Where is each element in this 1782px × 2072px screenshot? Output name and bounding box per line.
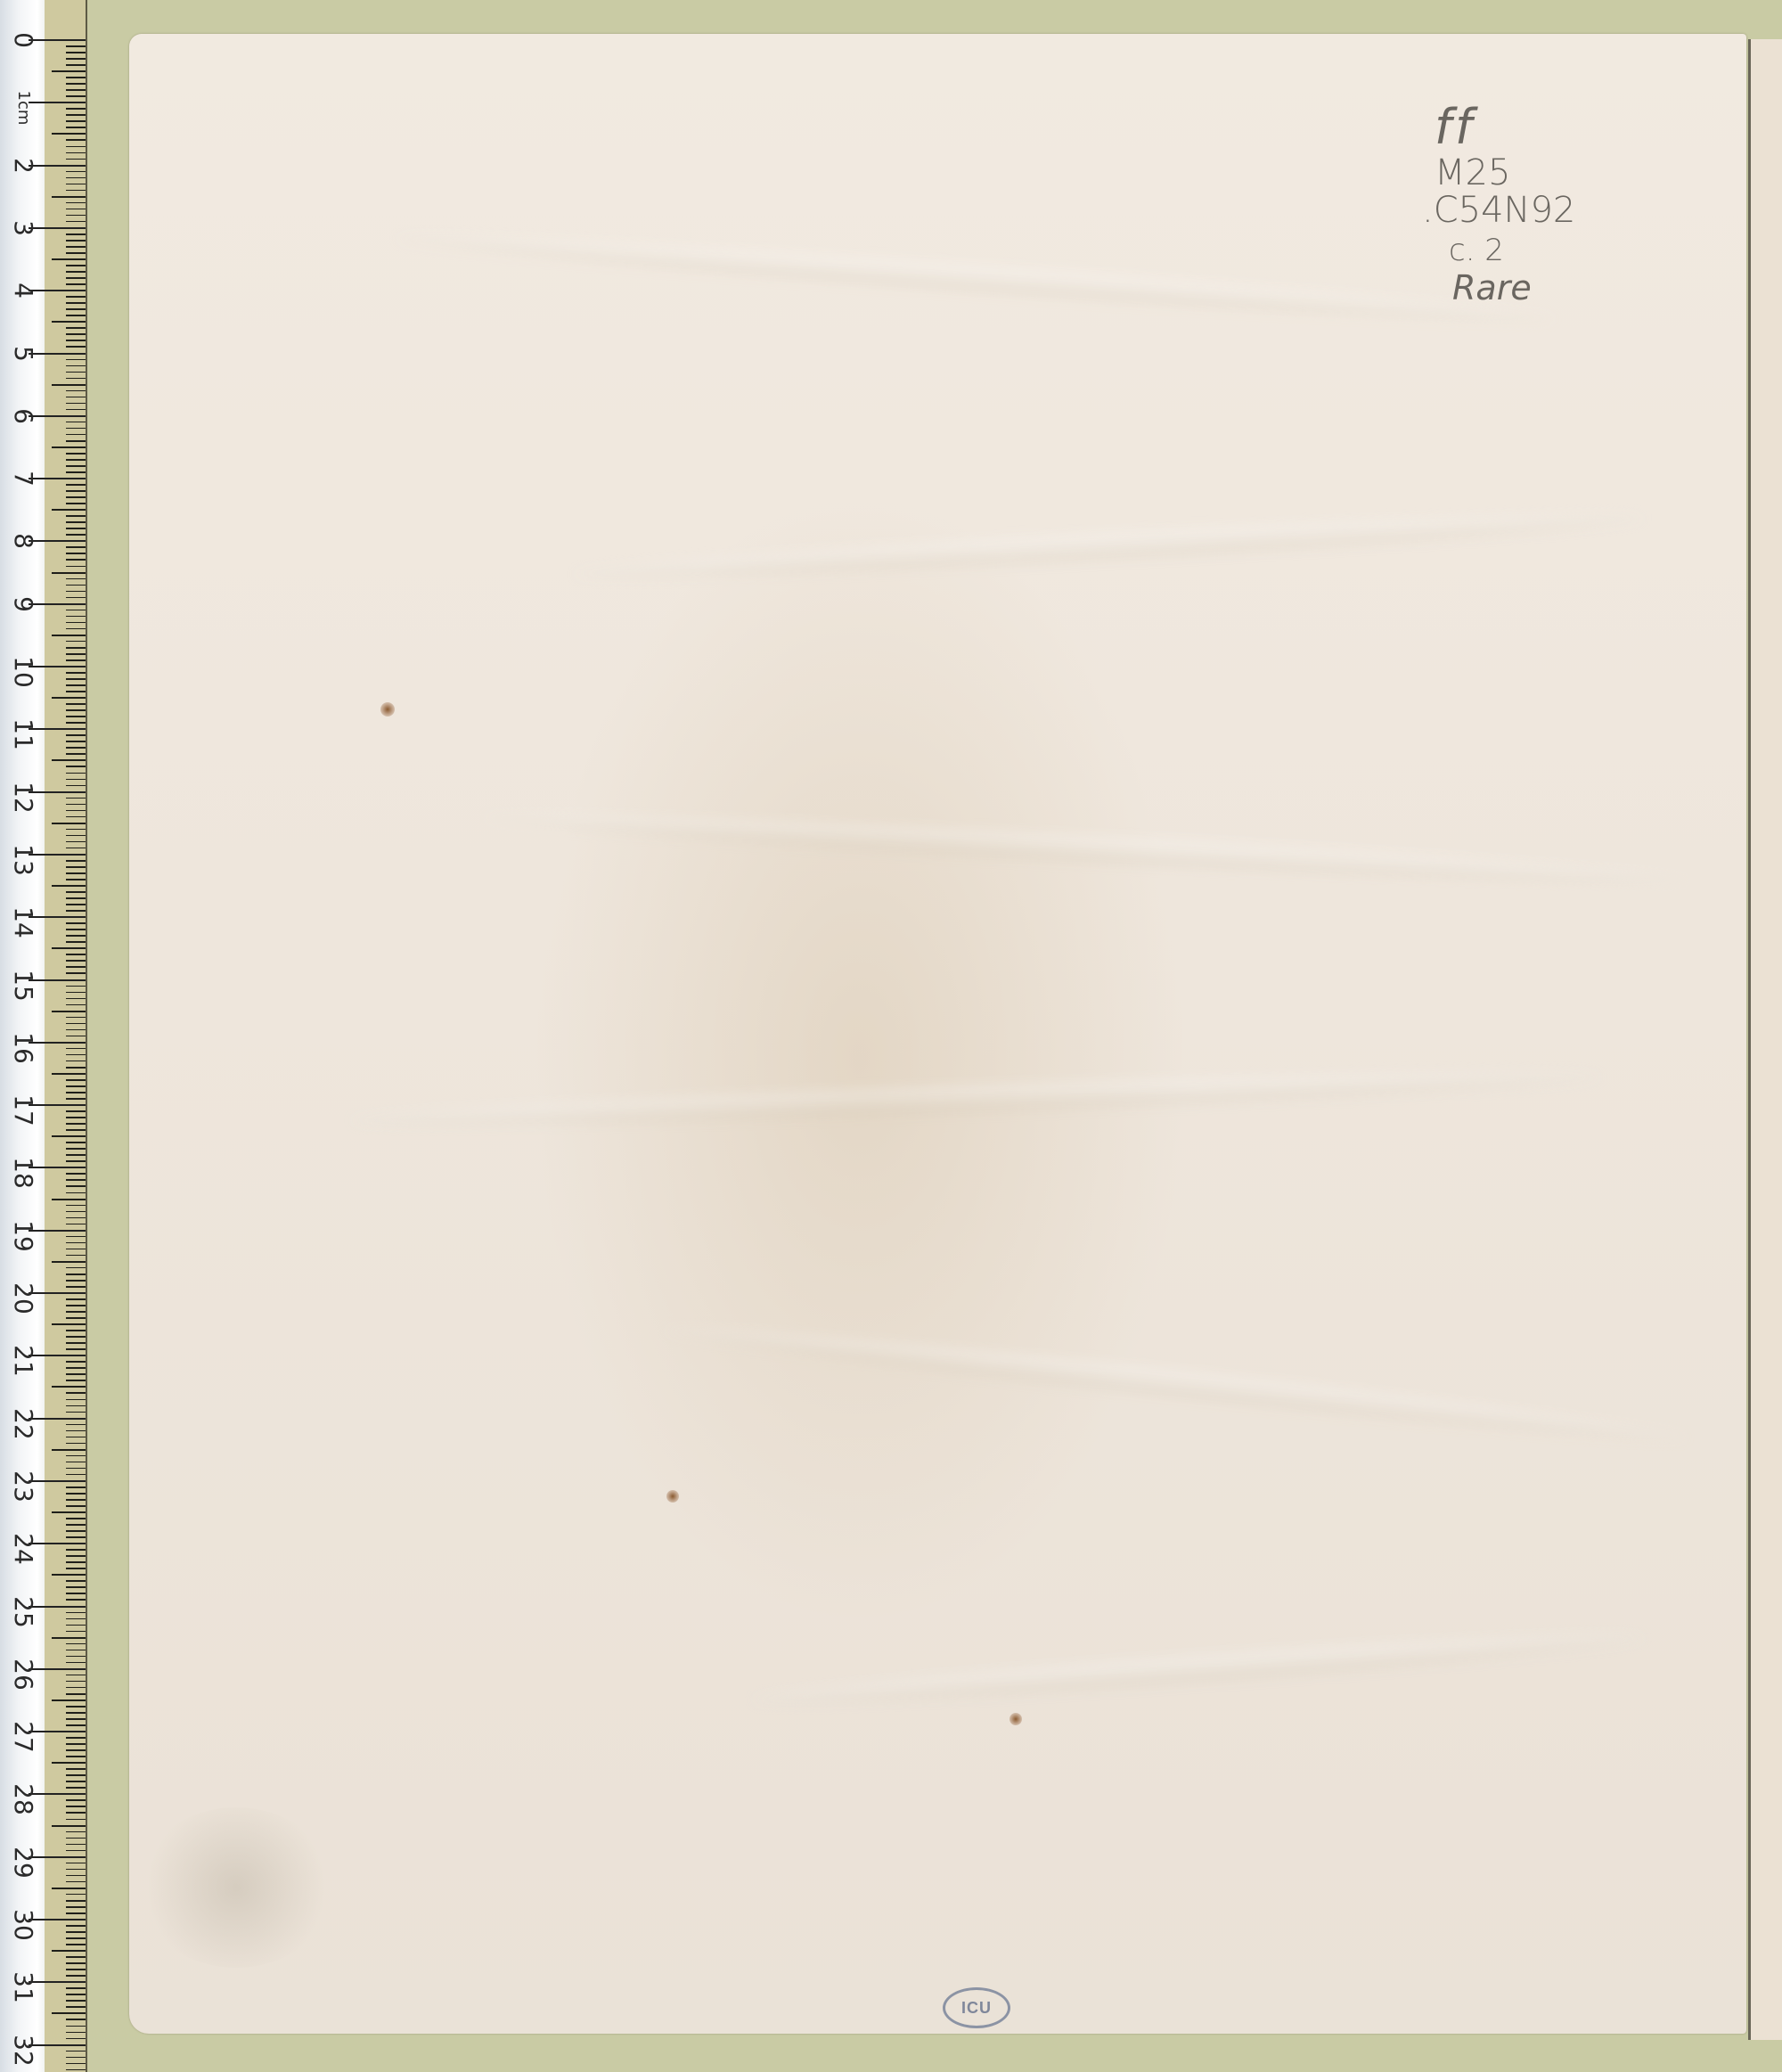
ruler-tick (66, 1462, 86, 1463)
ruler-tick (66, 340, 86, 341)
ruler-tick (66, 766, 86, 767)
ruler-tick (66, 1869, 86, 1871)
ruler-tick (66, 1004, 86, 1006)
ruler-number: 25 (5, 1594, 41, 1630)
ruler-tick (66, 616, 86, 618)
ruler-number: 26 (5, 1657, 41, 1692)
ruler-tick (66, 747, 86, 749)
ruler-tick (66, 1280, 86, 1282)
ruler-tick (66, 1079, 86, 1081)
ruler-tick (66, 1036, 86, 1037)
ruler-tick (66, 591, 86, 593)
ruler-tick (66, 64, 86, 66)
ruler-tick (66, 1217, 86, 1219)
ruler-tick (66, 1160, 86, 1162)
ruler-tick (66, 1675, 86, 1676)
ruler-tick (52, 1323, 86, 1325)
ruler-tick (66, 240, 86, 242)
ruler-tick (66, 1944, 86, 1945)
ruler-tick (66, 1311, 86, 1313)
ruler-tick (66, 1029, 86, 1031)
ruler-tick (66, 1687, 86, 1689)
ruler-tick (66, 773, 86, 774)
ruler-tick (52, 635, 86, 636)
ruler-tick (66, 484, 86, 486)
ruler-tick (66, 941, 86, 943)
ruler-number: 7 (5, 461, 41, 496)
ruler-tick (66, 1361, 86, 1363)
ruler-tick (66, 1148, 86, 1150)
ruler-tick (66, 1768, 86, 1770)
ruler-tick (66, 1787, 86, 1789)
ruler-tick (66, 966, 86, 968)
ruler-tick (66, 277, 86, 279)
ruler-tick (66, 233, 86, 235)
ruler-tick (66, 810, 86, 812)
ruler-tick (66, 546, 86, 548)
ruler-tick (66, 215, 86, 217)
ruler-tick (66, 1530, 86, 1532)
ruler-tick (66, 922, 86, 924)
ruler-number: 0 (5, 22, 41, 58)
ruler-tick (66, 1743, 86, 1745)
ruler-number: 1cm (5, 90, 41, 126)
ruler-tick (66, 734, 86, 736)
ruler-tick (52, 70, 86, 72)
ruler-tick (66, 1342, 86, 1344)
ruler-tick (66, 2069, 86, 2071)
ruler-tick (52, 1699, 86, 1701)
ruler-tick (52, 885, 86, 887)
ruler-tick (66, 816, 86, 818)
ruler-tick (66, 471, 86, 473)
ruler-tick (52, 1637, 86, 1639)
ruler-tick (66, 992, 86, 994)
call-number-line: M25 (1435, 155, 1575, 191)
ruler-tick (66, 127, 86, 128)
ruler-tick (66, 1838, 86, 1839)
ruler-number: 24 (5, 1531, 41, 1567)
ruler-tick (66, 315, 86, 316)
ruler-tick (66, 891, 86, 893)
ruler-tick (52, 1011, 86, 1012)
ruler-tick (66, 691, 86, 692)
ruler-tick (66, 709, 86, 711)
ruler-tick (66, 434, 86, 436)
ruler-tick (66, 1330, 86, 1331)
ruler-tick (66, 785, 86, 787)
ruler-tick (66, 1906, 86, 1908)
ruler-tick (66, 1274, 86, 1275)
paper-wrinkle (486, 805, 1688, 895)
ruler-tick (66, 1424, 86, 1426)
ruler-tick (66, 1806, 86, 1807)
ruler-tick (66, 1085, 86, 1087)
ruler-tick (66, 1693, 86, 1695)
ruler-tick (66, 1631, 86, 1633)
ruler-tick (66, 252, 86, 254)
measuring-ruler: 01cm234567891011121314151617181920212223… (0, 0, 86, 2072)
ruler-number: 29 (5, 1845, 41, 1880)
ruler-tick (66, 52, 86, 53)
ruler-tick (66, 146, 86, 148)
ruler-tick (52, 572, 86, 574)
ruler-tick (66, 585, 86, 586)
ruler-tick (66, 1912, 86, 1914)
ruler-tick (66, 703, 86, 705)
ruler-tick (66, 628, 86, 630)
ruler-tick (66, 1987, 86, 1989)
ruler-number: 17 (5, 1093, 41, 1128)
ruler-tick (52, 1261, 86, 1263)
ruler-tick (52, 697, 86, 699)
ruler-tick (66, 879, 86, 880)
ruler-tick (66, 659, 86, 661)
ruler-tick (66, 95, 86, 97)
call-number-line: ff (1435, 103, 1575, 152)
ruler-tick (66, 2057, 86, 2059)
ruler-number: 4 (5, 273, 41, 308)
ruler-tick (66, 428, 86, 430)
ruler-tick (52, 1386, 86, 1388)
ruler-tick (66, 1844, 86, 1846)
ruler-tick (66, 1706, 86, 1708)
ruler-tick (66, 1555, 86, 1557)
ruler-tick (66, 1412, 86, 1413)
ruler-tick (66, 1925, 86, 1927)
ruler-tick (52, 759, 86, 761)
ruler-tick (66, 753, 86, 755)
ruler-tick (66, 152, 86, 154)
ruler-tick (66, 1662, 86, 1664)
pencil-call-number: ff M25 .C54N92 c. 2 Rare (1435, 103, 1575, 305)
ruler-tick (66, 521, 86, 523)
ruler-tick (66, 559, 86, 561)
ruler-tick (66, 171, 86, 173)
ruler-tick (66, 221, 86, 223)
ruler-tick (52, 1888, 86, 1889)
ruler-tick (66, 1267, 86, 1269)
ruler-tick (66, 1142, 86, 1143)
ruler-tick (66, 986, 86, 987)
ruler-tick (66, 1774, 86, 1776)
ruler-tick (66, 139, 86, 141)
ruler-number: 5 (5, 336, 41, 372)
ruler-tick (66, 1962, 86, 1964)
ruler-tick (66, 1875, 86, 1877)
ruler-tick (66, 954, 86, 955)
ruler-tick (66, 653, 86, 655)
ruler-tick (52, 258, 86, 260)
ruler-tick (66, 390, 86, 392)
ruler-tick (52, 1135, 86, 1137)
ruler-tick (66, 1211, 86, 1213)
ruler-tick (66, 440, 86, 442)
ruler-tick (66, 960, 86, 962)
ruler-tick (66, 1048, 86, 1050)
ruler-tick (66, 1298, 86, 1300)
ruler-tick (66, 1493, 86, 1495)
ruler-tick (66, 722, 86, 724)
ruler-tick (66, 2026, 86, 2027)
ruler-tick (66, 515, 86, 517)
ruler-tick (66, 453, 86, 455)
ruler-tick (66, 1718, 86, 1720)
ruler-tick (52, 509, 86, 511)
ruler-tick (66, 910, 86, 912)
ruler-tick (66, 1850, 86, 1852)
ruler-tick (66, 1681, 86, 1683)
ruler-number: 3 (5, 210, 41, 246)
ruler-number: 6 (5, 398, 41, 434)
ruler-tick (66, 779, 86, 781)
ruler-number: 2 (5, 148, 41, 184)
ruler-tick (66, 935, 86, 937)
ruler-tick (66, 1724, 86, 1726)
ruler-tick (66, 678, 86, 680)
ruler-tick (66, 1242, 86, 1244)
ruler-tick (66, 1831, 86, 1833)
ruler-tick (66, 1205, 86, 1207)
ruler-tick (66, 120, 86, 122)
ruler-tick (66, 378, 86, 380)
ruler-tick (66, 1656, 86, 1658)
ruler-tick (66, 1286, 86, 1288)
ruler-tick (66, 2038, 86, 2040)
paper-wrinkle (352, 1064, 1599, 1134)
ruler-tick (66, 1812, 86, 1814)
ruler-tick (66, 1154, 86, 1156)
ruler-tick (66, 1179, 86, 1181)
ruler-tick (66, 1568, 86, 1569)
ruler-tick (66, 346, 86, 348)
ruler-tick (66, 972, 86, 974)
ruler-tick (66, 1937, 86, 1939)
ruler-tick (66, 302, 86, 304)
ruler-number: 18 (5, 1155, 41, 1191)
ruler-tick (66, 1129, 86, 1131)
ruler-tick (66, 622, 86, 624)
ruler-tick (52, 1825, 86, 1827)
ruler-tick (66, 835, 86, 837)
foxing-spot (380, 702, 395, 717)
corner-stain (138, 1807, 334, 1968)
ruler-tick (66, 1373, 86, 1375)
ruler-tick (66, 1737, 86, 1739)
ruler-number: 8 (5, 523, 41, 559)
ruler-number: 31 (5, 1970, 41, 2005)
ruler-tick (66, 422, 86, 423)
ruler-tick (66, 872, 86, 874)
ruler-tick (66, 246, 86, 248)
ruler-tick (66, 1173, 86, 1175)
document-page: ff M25 .C54N92 c. 2 Rare ICU (129, 34, 1746, 2034)
ruler-tick (66, 578, 86, 580)
ruler-tick (66, 1612, 86, 1614)
ruler-tick (66, 490, 86, 492)
ruler-tick (66, 2006, 86, 2008)
ruler-number: 32 (5, 2033, 41, 2068)
ruler-tick (66, 829, 86, 831)
ruler-number: 21 (5, 1343, 41, 1379)
ruler-tick (66, 929, 86, 930)
paper-wrinkle (666, 1317, 1688, 1451)
ruler-tick (66, 1505, 86, 1507)
ruler-tick (66, 1599, 86, 1601)
ruler-tick (52, 321, 86, 323)
ruler-tick (66, 2063, 86, 2065)
ruler-tick (66, 1799, 86, 1801)
foxing-spot (1010, 1713, 1022, 1725)
ruler-tick (66, 1975, 86, 1977)
paper-wrinkle (753, 1625, 1644, 1714)
ruler-tick (66, 459, 86, 461)
ruler-tick (66, 1098, 86, 1100)
ruler-tick (66, 1474, 86, 1476)
ruler-tick (66, 89, 86, 91)
ruler-tick (52, 1762, 86, 1764)
ruler-number: 28 (5, 1781, 41, 1817)
ruler-tick (66, 1931, 86, 1933)
ruler-tick (66, 1524, 86, 1526)
ruler-tick (66, 1881, 86, 1883)
ruler-tick (66, 1054, 86, 1056)
ruler-tick (66, 1249, 86, 1250)
ruler-tick (66, 1123, 86, 1125)
ruler-tick (66, 1586, 86, 1588)
ruler-tick (66, 184, 86, 185)
ruler-number: 12 (5, 780, 41, 815)
ruler-tick (66, 308, 86, 310)
ruler-tick (52, 1574, 86, 1576)
ruler-tick (66, 1443, 86, 1445)
ruler-tick (52, 1199, 86, 1200)
ruler-tick (66, 998, 86, 1000)
ruler-tick (66, 1749, 86, 1751)
ruler-tick (66, 1110, 86, 1112)
ruler-tick (66, 1061, 86, 1062)
ruler-tick (66, 716, 86, 717)
ruler-tick (52, 1073, 86, 1075)
ruler-tick (66, 534, 86, 536)
ruler-tick (66, 333, 86, 335)
ruler-tick (66, 1593, 86, 1594)
ruler-tick (66, 1486, 86, 1488)
ruler-number: 16 (5, 1030, 41, 1066)
ruler-tick (52, 446, 86, 448)
ruler-tick (66, 804, 86, 806)
ruler-number: 14 (5, 905, 41, 940)
ruler-tick (66, 1712, 86, 1714)
ruler-tick (66, 190, 86, 192)
ruler-tick (66, 1518, 86, 1519)
ruler-number: 20 (5, 1281, 41, 1316)
ruler-number: 15 (5, 968, 41, 1003)
ruler-tick (66, 1367, 86, 1369)
ruler-tick (66, 77, 86, 78)
ruler-tick (66, 1392, 86, 1394)
ruler-tick (66, 1437, 86, 1438)
ruler-tick (66, 2019, 86, 2020)
ruler-tick (66, 108, 86, 110)
ruler-tick (66, 1561, 86, 1563)
ruler-tick (66, 904, 86, 905)
ruler-tick (66, 177, 86, 179)
ruler-tick (66, 1536, 86, 1538)
ruler-number: 9 (5, 586, 41, 622)
ruler-tick (66, 1224, 86, 1225)
ruler-tick (66, 1430, 86, 1432)
ruler-tick (66, 296, 86, 298)
library-stamp: ICU (943, 1987, 1010, 2028)
ruler-tick (66, 159, 86, 160)
ruler-tick (66, 83, 86, 85)
ruler-tick (66, 1305, 86, 1306)
ruler-tick (66, 1317, 86, 1319)
ruler-tick (66, 1499, 86, 1501)
ruler-tick (66, 1255, 86, 1257)
paper-wrinkle (575, 505, 1644, 588)
ruler-tick (66, 798, 86, 799)
ruler-tick (66, 1236, 86, 1238)
ruler-tick (66, 897, 86, 899)
ruler-tick (66, 409, 86, 411)
ruler-tick (66, 1023, 86, 1025)
ruler-tick (66, 1092, 86, 1093)
ruler-tick (66, 1468, 86, 1470)
ruler-tick (52, 384, 86, 386)
ruler-tick (66, 1580, 86, 1582)
ruler-tick (66, 58, 86, 60)
ruler-tick (66, 1900, 86, 1902)
ruler-tick (52, 947, 86, 949)
ruler-tick (66, 597, 86, 599)
ruler-tick (66, 848, 86, 849)
ruler-number: 22 (5, 1406, 41, 1442)
ruler-tick (66, 566, 86, 568)
ruler-tick (66, 866, 86, 868)
ruler-tick (66, 403, 86, 405)
ruler-tick (66, 1455, 86, 1457)
ruler-tick (52, 823, 86, 824)
ruler-tick (66, 528, 86, 529)
ruler-tick (66, 1643, 86, 1645)
ruler-tick (66, 1192, 86, 1194)
ruler-tick (66, 365, 86, 367)
ruler-number: 19 (5, 1218, 41, 1254)
ruler-tick (66, 684, 86, 686)
paper-wrinkle (397, 225, 1555, 333)
ruler-tick (66, 1185, 86, 1187)
ruler-number: 13 (5, 842, 41, 878)
ruler-tick (66, 1017, 86, 1019)
ruler-tick (66, 465, 86, 467)
ruler-tick (66, 672, 86, 674)
ruler-tick (66, 1625, 86, 1626)
ruler-tick (66, 1405, 86, 1407)
ruler-tick (66, 1781, 86, 1782)
ruler-tick (66, 114, 86, 116)
adjacent-page-edge (1748, 39, 1782, 2040)
ruler-tick (66, 2000, 86, 2002)
ruler-tick (66, 1819, 86, 1821)
ruler-number: 30 (5, 1907, 41, 1943)
ruler-tick (66, 610, 86, 611)
ruler-tick (66, 553, 86, 554)
ruler-tick (66, 1399, 86, 1401)
ruler-tick (52, 2012, 86, 2014)
ruler-tick (66, 860, 86, 862)
